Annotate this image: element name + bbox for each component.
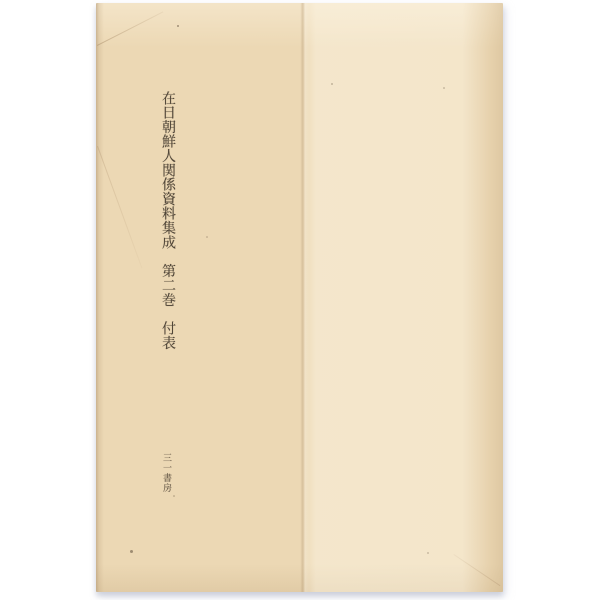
paper-speck bbox=[443, 87, 445, 89]
paper-speck bbox=[206, 236, 208, 238]
crease-left-diagonal bbox=[97, 146, 142, 269]
crease-top-left bbox=[97, 11, 163, 45]
paper-speck bbox=[331, 83, 333, 85]
cover-title-vertical-text: 在日朝鮮人関係資料集成 第二巻 付表 bbox=[161, 91, 175, 350]
publisher-vertical-text: 三一書房 bbox=[161, 453, 170, 493]
crease-bottom-right bbox=[453, 554, 500, 586]
paper-speck bbox=[177, 25, 179, 27]
book-cover-sheet: 在日朝鮮人関係資料集成 第二巻 付表 三一書房 bbox=[96, 3, 503, 592]
scanned-page-canvas: 在日朝鮮人関係資料集成 第二巻 付表 三一書房 bbox=[0, 0, 600, 600]
paper-speck bbox=[173, 495, 175, 497]
paper-speck bbox=[427, 552, 429, 554]
paper-speck bbox=[130, 550, 133, 553]
